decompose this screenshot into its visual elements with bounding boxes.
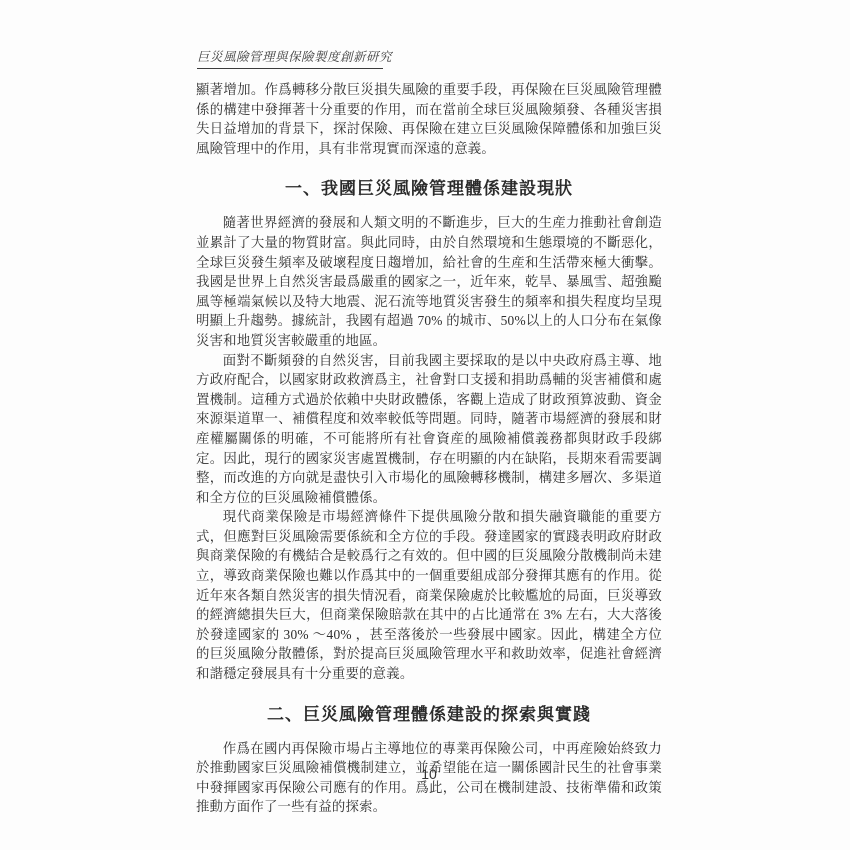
page-number: 10 [196,766,662,782]
section-1-paragraph: 隨著世界經濟的發展和人類文明的不斷進步，巨大的生産力推動社會創造並累計了大量的物… [196,213,662,350]
running-header-title: 巨災風險管理與保險製度創新研究 [197,47,383,69]
section-2-heading: 二、巨災風險管理體係建設的探索與實踐 [196,684,662,739]
intro-paragraph: 顯著增加。作爲轉移分散巨災損失風險的重要手段，再保險在巨災風險管理體係的構建中發… [196,80,662,158]
book-page: 巨災風險管理與保險製度創新研究 顯著增加。作爲轉移分散巨災損失風險的重要手段，再… [0,0,850,850]
section-1-paragraph: 現代商業保險是市場經濟條件下提供風險分散和損失融資職能的重要方式，但應對巨災風險… [196,507,662,683]
section-1-heading: 一、我國巨災風險管理體係建設現狀 [196,158,662,213]
section-1-paragraph: 面對不斷頻發的自然災害，目前我國主要採取的是以中央政府爲主導、地方政府配合，以國… [196,351,662,508]
page-content: 顯著增加。作爲轉移分散巨災損失風險的重要手段，再保險在巨災風險管理體係的構建中發… [196,80,662,817]
